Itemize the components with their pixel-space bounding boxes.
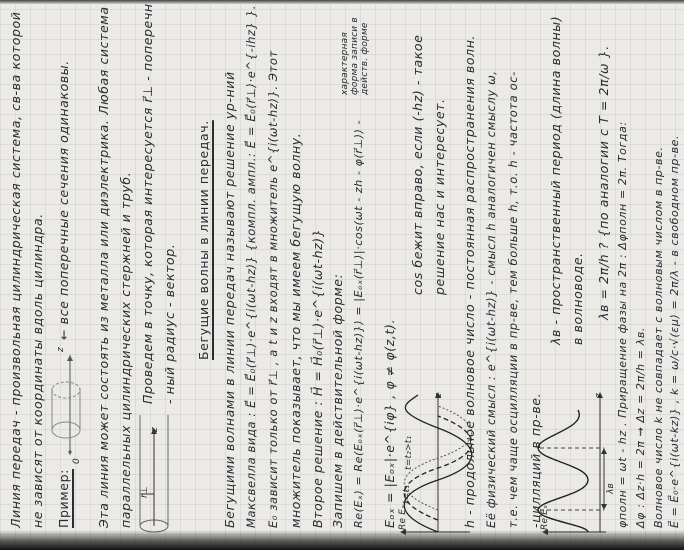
axis-zero-label: 0 — [72, 458, 82, 464]
binding-shadow — [0, 530, 684, 550]
graph-y-label: Re Eₓ — [398, 505, 408, 530]
text-line: не зависят от координаты вдоль цилиндра. — [30, 213, 45, 528]
page-top-edge — [0, 0, 684, 4]
text-line: cos бежит вправо, если (-hz) - такое — [410, 35, 425, 295]
formula-line: Δφ : Δz·h = 2π ⇝ Δz = 2π/h = λв. — [634, 327, 647, 528]
text-line: λв - пространственный период (длина волн… — [548, 16, 563, 345]
text-line: h - продольное волновое число - постоянн… — [462, 35, 477, 528]
text-line: в волноводе. — [570, 252, 585, 345]
text-line: Волновое число k не совпадает с волновым… — [652, 146, 665, 528]
section-title: Бегущие волны в линии передач. — [196, 120, 211, 360]
curve-label: t=t₁ — [402, 485, 412, 504]
text-line: φполн = ωt - hz . Приращение фазы на 2π … — [616, 121, 629, 528]
text-line: Проведем в точку, которая интересуется r… — [140, 0, 155, 404]
text-line: - ный радиус - вектор. — [162, 244, 177, 404]
vector-r-label: r⃗⊥ — [140, 486, 150, 498]
text-line: E₀ зависит только от r⃗⊥ , а t и z входя… — [266, 50, 280, 528]
side-note: характерная форма записи в действ. форме — [340, 5, 370, 95]
axis-z-label: z — [150, 427, 160, 432]
notebook-photo: Линия передач - произвольная цилиндричес… — [0, 0, 684, 550]
notebook-page: Линия передач - произвольная цилиндричес… — [0, 0, 684, 550]
text-line: параллельных цилиндрических стержней и т… — [118, 172, 133, 528]
curve-label: t=t₂>t₁ — [404, 436, 414, 470]
example-label: Пример: — [56, 469, 71, 528]
formula-line: λв = 2π/h ? {по аналогии с T = 2π/ω }. — [596, 45, 611, 320]
text-line: ← все поперечные сечения одинаковы. — [56, 60, 71, 340]
text-line: Её физический смысл : e^{i(ωt-hz)} - смы… — [484, 70, 498, 528]
text-line: Запишем в действительной форме: — [330, 274, 345, 528]
text-line: Максвелла вида : E⃗ = E⃗₀(r⃗⊥)·e^{i(ωt-h… — [244, 5, 258, 528]
period-label: λв — [606, 483, 616, 494]
text-line: решение нас и интересует. — [432, 98, 447, 295]
axis-z-label: z — [56, 347, 66, 352]
text-line: множитель показывает, что мы имеем бегущ… — [288, 133, 303, 528]
cylinder-sketch — [48, 350, 84, 460]
formula-line: Re(Eₓ) = Re(Eₒₓ(r⃗⊥)·e^{i(ωt-hz)}) = |Eₒ… — [352, 120, 365, 528]
wavelength-graph — [540, 390, 610, 540]
formula-line: Eₒₓ = |Eₒₓ|·e^{iφ} , φ ≠ φ(z,t). — [382, 319, 397, 528]
graph-y-label: Re Eₓ — [540, 505, 550, 530]
text-line: Второе решение : H⃗ = H⃗₀(r⃗⊥)·e^{i(ωt-h… — [310, 229, 325, 528]
text-line: т.е. чем чаще осцилляции в пр-ве, тем бо… — [506, 71, 520, 528]
text-line: Бегущими волнами в линии передач называю… — [222, 71, 237, 528]
graph-x-label: z — [594, 393, 604, 398]
formula-line: E⃗ = E⃗₀·e^{i(ωt-kz)} , k = ω/c·√(εμ) = … — [668, 135, 681, 528]
text-line: Линия передач - произвольная цилиндричес… — [8, 12, 23, 529]
graph-x-label: z — [434, 393, 444, 398]
text-line: Эта линия может состоять из металла или … — [96, 6, 111, 528]
